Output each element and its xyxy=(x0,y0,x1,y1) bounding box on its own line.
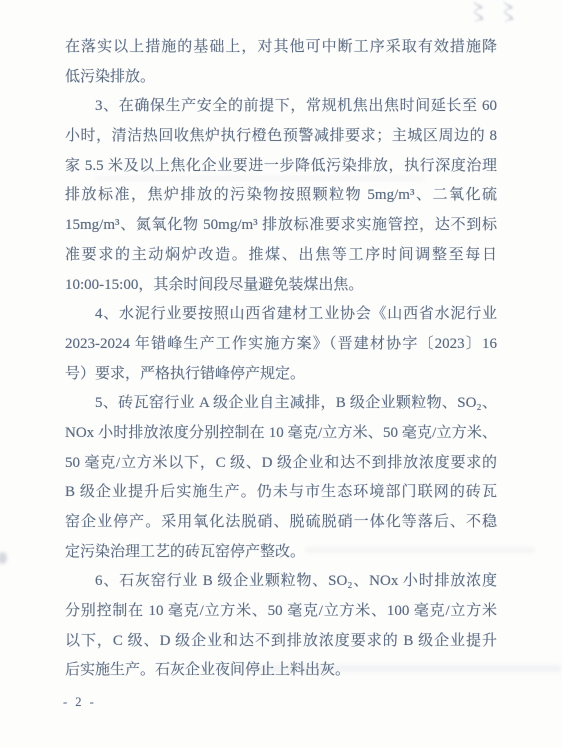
text-line: 15mg/m³、氮氧化物 50mg/m³ 排放标准要求实施管控，达不到标 xyxy=(65,211,497,241)
text-line: 后实施生产。石灰企业夜间停止上料出灰。 xyxy=(65,656,497,686)
text-line: 6、石灰窑行业 B 级企业颗粒物、SO₂、NOx 小时排放浓度 xyxy=(65,567,497,597)
scan-smudge-top-right: 〻〻 xyxy=(466,0,556,26)
text-line: 家 5.5 米及以上焦化企业要进一步降低污染排放，执行深度治理 xyxy=(65,152,497,182)
text-line: 在落实以上措施的基础上，对其他可中断工序采取有效措施降 xyxy=(65,33,497,63)
scanned-document-page: 〻〻 在落实以上措施的基础上，对其他可中断工序采取有效措施降低污染排放。3、在确… xyxy=(0,0,562,748)
text-line: 小时，清洁热回收焦炉执行橙色预警减排要求；主城区周边的 8 xyxy=(65,122,497,152)
text-line: 号）要求，严格执行错峰停产规定。 xyxy=(65,360,497,390)
text-line: NOx 小时排放浓度分别控制在 10 毫克/立方米、50 毫克/立方米、 xyxy=(65,419,497,449)
text-line: 3、在确保生产安全的前提下，常规机焦出焦时间延长至 60 xyxy=(65,92,497,122)
text-line: 分别控制在 10 毫克/立方米、50 毫克/立方米、100 毫克/立方米 xyxy=(65,597,497,627)
text-line: 5、砖瓦窑行业 A 级企业自主减排，B 级企业颗粒物、SO₂、 xyxy=(65,389,497,419)
text-line: 准要求的主动焖炉改造。推煤、出焦等工序时间调整至每日 xyxy=(65,241,497,271)
text-line: B 级企业提升后实施生产。仍未与市生态环境部门联网的砖瓦 xyxy=(65,478,497,508)
page-number: - 2 - xyxy=(63,695,96,710)
text-line: 2023-2024 年错峰生产工作实施方案》（晋建材协字〔2023〕16 xyxy=(65,330,497,360)
text-line: 窑企业停产。采用氧化法脱硝、脱硫脱硝一体化等落后、不稳 xyxy=(65,508,497,538)
text-line: 定污染治理工艺的砖瓦窑停产整改。 xyxy=(65,538,497,568)
scan-speck-left-edge xyxy=(0,552,7,564)
text-line: 排放标准，焦炉排放的污染物按照颗粒物 5mg/m³、二氧化硫 xyxy=(65,181,497,211)
text-line: 10:00-15:00，其余时间段尽量避免装煤出焦。 xyxy=(65,271,497,301)
document-body: 在落实以上措施的基础上，对其他可中断工序采取有效措施降低污染排放。3、在确保生产… xyxy=(65,33,497,686)
text-line: 50 毫克/立方米以下，C 级、D 级企业和达不到排放浓度要求的 xyxy=(65,449,497,479)
text-line: 低污染排放。 xyxy=(65,63,497,93)
text-line: 4、水泥行业要按照山西省建材工业协会《山西省水泥行业 xyxy=(65,300,497,330)
text-line: 以下，C 级、D 级企业和达不到排放浓度要求的 B 级企业提升 xyxy=(65,627,497,657)
